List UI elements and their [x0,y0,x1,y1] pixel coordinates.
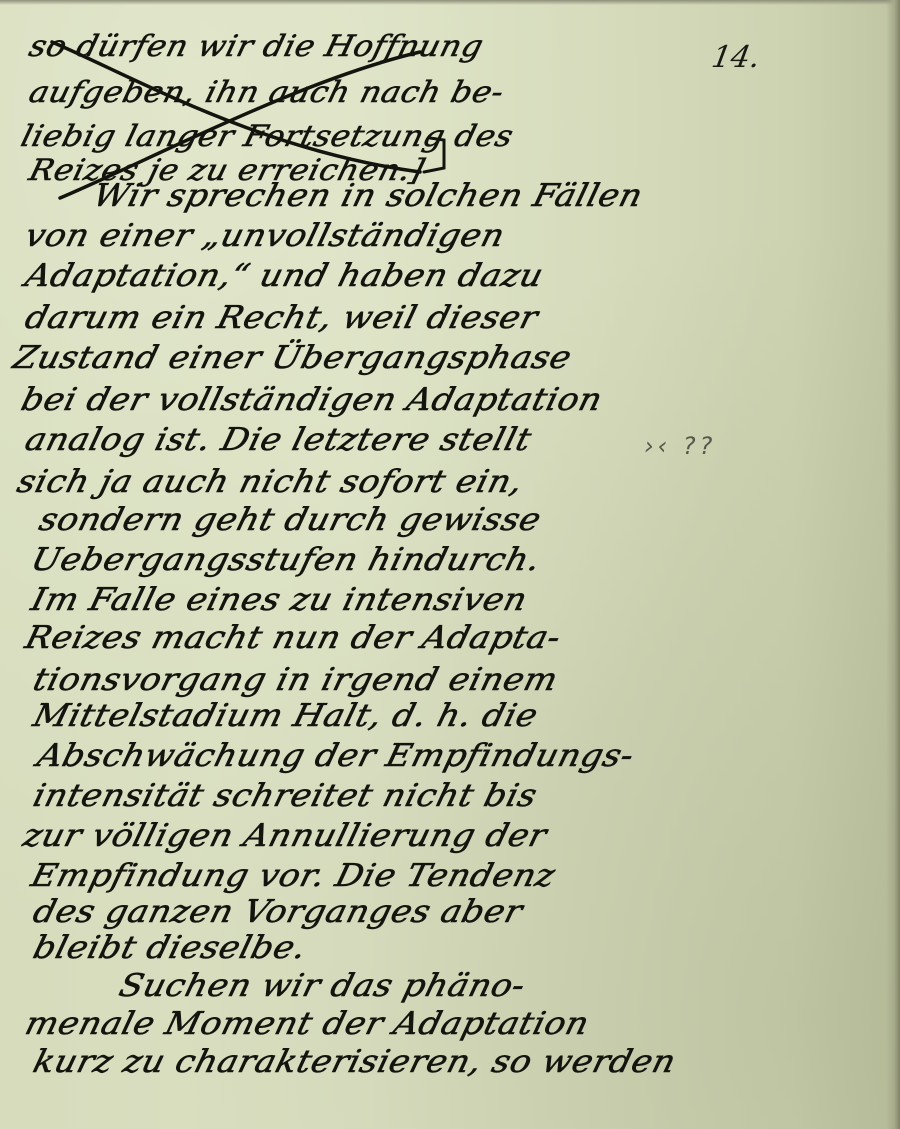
text-line-2: von einer „unvollständigen [21,218,508,255]
text-line-22: menale Moment der Adaptation [21,1006,593,1043]
text-line-1: Wir sprechen in solchen Fällen [89,178,646,215]
text-line-3: Adaptation,“ und haben dazu [21,258,547,295]
text-line-6: bei der vollständigen Adaptation [17,382,606,419]
struck-line-3: liebig langer Fortsetzung des [17,118,517,155]
text-line-12: Reizes macht nun der Adapta- [21,620,564,657]
text-line-16: intensität schreitet nicht bis [29,778,541,815]
struck-line-1: so dürfen wir die Hoffnung [25,28,487,65]
text-line-4: darum ein Recht, weil dieser [21,300,541,337]
text-line-20: bleibt dieselbe. [29,930,310,967]
pencil-margin-note: ›‹ ?? [644,432,716,460]
text-line-10: Uebergangsstufen hindurch. [27,542,544,579]
text-line-7: analog ist. Die letztere stellt [21,422,535,459]
text-line-9: sondern geht durch gewisse [35,502,545,539]
text-line-21: Suchen wir das phäno- [115,968,529,1005]
struck-line-2: aufgeben, ihn auch nach be- [25,74,508,111]
text-line-19: des ganzen Vorganges aber [29,894,526,931]
text-line-11: Im Falle eines zu intensiven [27,582,531,619]
text-line-15: Abschwächung der Empfindungs- [33,738,637,775]
page-right-edge [886,0,900,1129]
text-line-8: sich ja auch nicht sofort ein, [13,464,526,501]
text-line-17: zur völligen Annullierung der [19,818,550,855]
page-top-edge [0,0,900,5]
text-line-14: Mittelstadium Halt, d. h. die [29,698,541,735]
text-line-13: tionsvorgang in irgend einem [29,662,561,699]
text-line-18: Empfindung vor. Die Tendenz [27,858,559,895]
manuscript-page: 14. so dürfen wir die Hoffnung aufgeben,… [0,0,900,1129]
text-line-5: Zustand einer Übergangsphase [9,340,575,377]
text-line-23: kurz zu charakterisieren, so werden [29,1044,679,1081]
page-number: 14. [709,40,763,75]
